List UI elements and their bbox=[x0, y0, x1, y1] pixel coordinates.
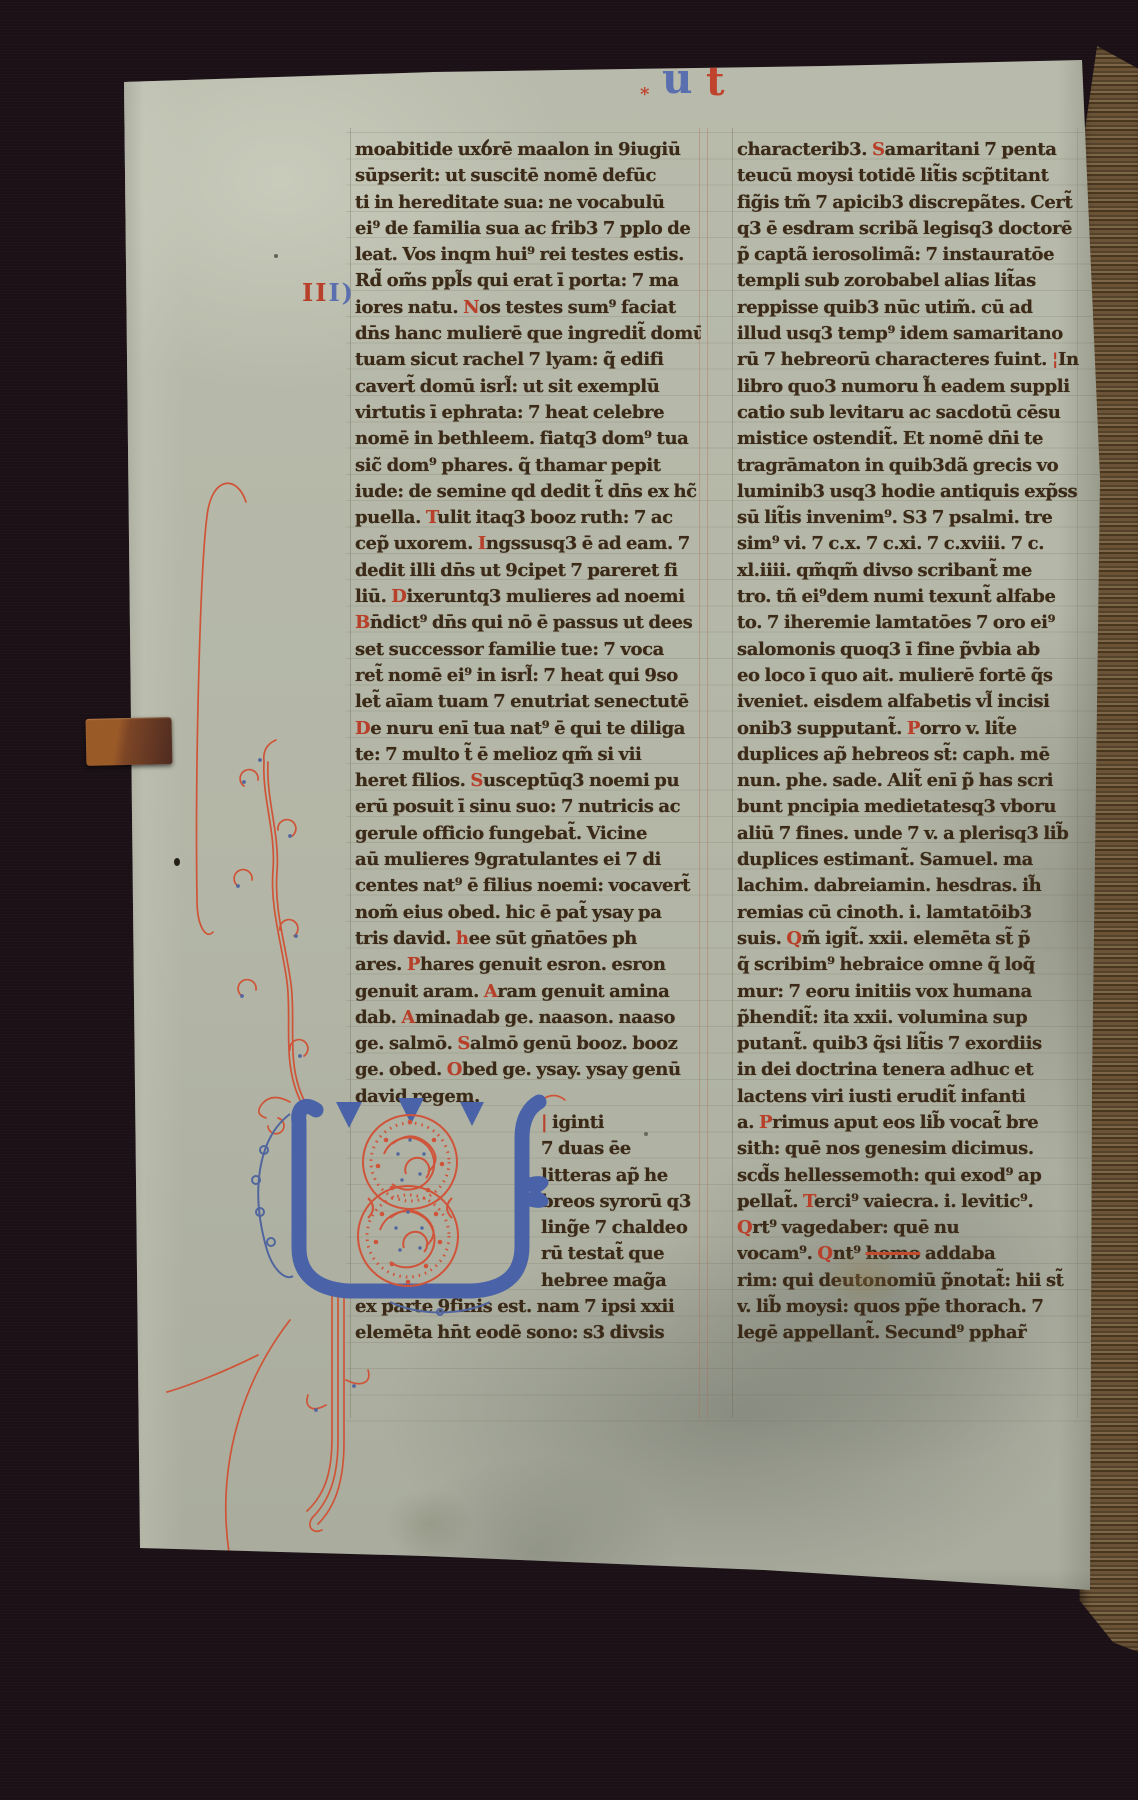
text-line: xl.iiii. qm̃qm̃ divso scribant̃ me bbox=[737, 558, 1089, 584]
text-line: illud usq3 temp⁹ idem samaritano bbox=[737, 321, 1089, 347]
text-line: teucū moysi totidē lit̃is scp̃titant bbox=[737, 163, 1089, 189]
text-line: Rd̃ om̃s ppl̃s qui erat ī porta: 7 ma bbox=[355, 268, 701, 294]
ruling-vertical bbox=[707, 128, 708, 1418]
text-line: characterib3. Samaritani 7 penta bbox=[737, 137, 1089, 163]
illuminated-initial-V bbox=[252, 1098, 549, 1315]
text-line: v. lib̃ moysi: quos pp̃e thorach. 7 bbox=[737, 1294, 1089, 1320]
text-line: mistice ostendit̃. Et nomē dn̄i te bbox=[737, 426, 1089, 452]
text-line: duplices ap̃ hebreos st̃: caph. mē bbox=[737, 742, 1089, 768]
ink-speck bbox=[274, 254, 278, 258]
text-line: mur: 7 eoru initiis vox humana bbox=[737, 979, 1089, 1005]
manuscript-page: * u t III) moabitide uxorē maalon in 9iu… bbox=[124, 58, 1104, 1600]
running-title-letter-blue: u bbox=[662, 60, 693, 103]
text-line: legē appellant̃. Secund⁹ pphar̃ bbox=[737, 1320, 1089, 1346]
text-line: rim: qui deutonomiū p̃notat̃: hii st̃ bbox=[737, 1268, 1089, 1294]
ink-speck bbox=[174, 858, 180, 866]
text-line: suis. Qm̃ igit̃. xxii. elemēta st̃ p̃ bbox=[737, 926, 1089, 952]
chapter-numeral-red: II bbox=[302, 278, 328, 307]
text-line: q3 ē esdram scribã legisq3 doctorē bbox=[737, 216, 1089, 242]
manuscript-photograph: * u t III) moabitide uxorē maalon in 9iu… bbox=[0, 0, 1138, 1800]
text-line: sith: quē nos genesim dicimus. bbox=[737, 1136, 1089, 1162]
chapter-numeral: III) bbox=[302, 278, 355, 307]
text-line: virtutis ī ephrata: 7 heat celebre bbox=[355, 400, 701, 426]
text-line: vocam⁹. Qnt⁹ homo addaba bbox=[737, 1241, 1089, 1267]
ink-speck bbox=[644, 1132, 648, 1136]
text-line: in dei doctrina tenera adhuc et bbox=[737, 1057, 1089, 1083]
text-line: sū lit̃is invenim⁹. S3 7 psalmi. tre bbox=[737, 505, 1089, 531]
text-line: putant̃. quib3 q̃si lit̃is 7 exordiis bbox=[737, 1031, 1089, 1057]
text-line: Qrt⁹ vagedaber: quē nu bbox=[737, 1215, 1089, 1241]
text-line: eo loco ī quo ait. mulierē fortē q̃s bbox=[737, 663, 1089, 689]
text-line: duplices estimant̃. Samuel. ma bbox=[737, 847, 1089, 873]
text-line: pellat̃. Terci⁹ vaiecra. i. levitic⁹. bbox=[737, 1189, 1089, 1215]
illuminated-initial-and-flourishes bbox=[140, 450, 580, 1640]
text-line: leat. Vos inqm hui⁹ rei testes estis. bbox=[355, 242, 701, 268]
text-line: ei⁹ de familia sua ac frib3 7 pplo de bbox=[355, 216, 701, 242]
text-line: scd̃s hellessemoth: qui exod⁹ ap bbox=[737, 1163, 1089, 1189]
text-line: nun. phe. sade. Alit̃ enī p̃ has scri bbox=[737, 768, 1089, 794]
text-line: libro quo3 numoru h̃ eadem suppli bbox=[737, 374, 1089, 400]
ruling-vertical bbox=[732, 128, 733, 1418]
text-line: to. 7 iheremie lamtatōes 7 oro ei⁹ bbox=[737, 610, 1089, 636]
bookmark-tab bbox=[86, 717, 173, 766]
text-line: moabitide uxorē maalon in 9iugiū bbox=[355, 137, 701, 163]
text-line: bunt pncipia medietatesq3 vboru bbox=[737, 794, 1089, 820]
text-line: aliū 7 fines. unde 7 v. a plerisq3 lib̃ bbox=[737, 821, 1089, 847]
text-line: iores natu. Nos testes sum⁹ faciat bbox=[355, 295, 701, 321]
text-line: luminib3 usq3 hodie antiquis exp̃ss bbox=[737, 479, 1089, 505]
text-line: q̃ scribim⁹ hebraice omne q̃ loq̃ bbox=[737, 952, 1089, 978]
chapter-numeral-blue: I) bbox=[328, 278, 355, 307]
text-line: nomē in bethleem. fiatq3 dom⁹ tua bbox=[355, 426, 701, 452]
running-title-letter-red: t bbox=[706, 60, 724, 105]
text-line: tro. tñ ei⁹dem numi texunt̃ alfabe bbox=[737, 584, 1089, 610]
text-line: remias cū cinoth. i. lamtatōib3 bbox=[737, 900, 1089, 926]
text-line: salomonis quoq3 ī fine p̃vbia ab bbox=[737, 637, 1089, 663]
running-title: * u t bbox=[632, 60, 862, 114]
text-line: sim⁹ vi. 7 c.x. 7 c.xi. 7 c.xviii. 7 c. bbox=[737, 531, 1089, 557]
text-line: ti in hereditate sua: ne vocabulū bbox=[355, 190, 701, 216]
text-line: lachim. dabreiamin. hesdras. ih̃ bbox=[737, 873, 1089, 899]
text-line: templi sub zorobabel alias lit̃as bbox=[737, 268, 1089, 294]
text-line: a. Primus aput eos lib̃ vocat̃ bre bbox=[737, 1110, 1089, 1136]
text-column-right: characterib3. Samaritani 7 pentateucū mo… bbox=[737, 137, 1089, 1347]
text-line: reppisse quib3 nūc utim̃. cū ad bbox=[737, 295, 1089, 321]
text-line: rū 7 hebreorū characteres fuint. ¦In bbox=[737, 347, 1089, 373]
text-line: onib3 supputant̃. Porro v. lit̃e bbox=[737, 716, 1089, 742]
text-line: p̃ captã ierosolimã: 7 instauratōe bbox=[737, 242, 1089, 268]
text-line: cavert̃ domū isrl̃: ut sit exemplū bbox=[355, 374, 701, 400]
text-line: p̃hendit̃: ita xxii. volumina sup bbox=[737, 1005, 1089, 1031]
text-line: sūpserit: ut suscitē nomē defūc bbox=[355, 163, 701, 189]
text-line: iveniet. eisdem alfabetis vl̃ incisi bbox=[737, 689, 1089, 715]
text-line: tuam sicut rachel 7 lyam: q̃ edifi bbox=[355, 347, 701, 373]
rubric-flourish: * bbox=[640, 84, 649, 105]
marginal-flourish bbox=[167, 483, 565, 1591]
text-line: catio sub levitaru ac sacdotū cēsu bbox=[737, 400, 1089, 426]
text-line: tragrāmaton in quib3dã grecis vo bbox=[737, 453, 1089, 479]
text-line: lactens viri iusti erudit̃ infanti bbox=[737, 1084, 1089, 1110]
text-line: dn̄s hanc mulierē que ingredit̃ domū bbox=[355, 321, 701, 347]
text-line: fig̃is tm̃ 7 apicib3 discrepãtes. Cert̃ bbox=[737, 190, 1089, 216]
